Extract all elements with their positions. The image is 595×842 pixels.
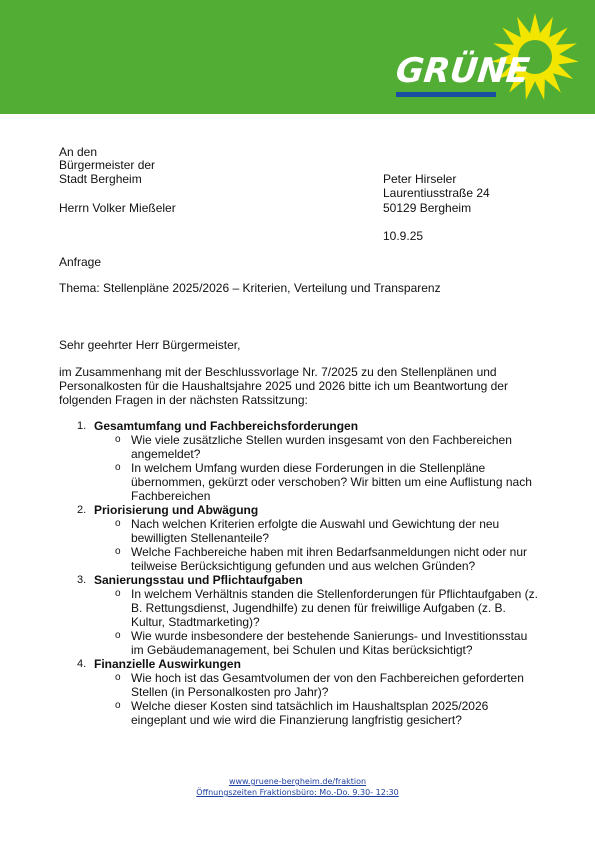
question-text: Wie hoch ist das Gesamtvolumen der von d… xyxy=(131,671,524,699)
question-text: In welchem Umfang wurden diese Forderung… xyxy=(131,461,532,503)
logo-wordmark: GRÜNE xyxy=(394,54,531,88)
letter-type: Anfrage xyxy=(59,255,101,269)
sender-city: 50129 Bergheim xyxy=(383,201,471,215)
bullet-circle-icon: o xyxy=(115,699,121,713)
section-heading: Priorisierung und Abwägung xyxy=(94,503,258,517)
bullet-circle-icon: o xyxy=(115,433,121,447)
question-section: 4.Finanzielle Auswirkungen xyxy=(59,657,539,671)
question-text: Welche dieser Kosten sind tatsächlich im… xyxy=(131,699,488,727)
question-text: Nach welchen Kriterien erfolgte die Ausw… xyxy=(131,517,499,545)
question-item: oWelche dieser Kosten sind tatsächlich i… xyxy=(59,699,539,727)
bullet-circle-icon: o xyxy=(115,545,121,559)
sender-street: Laurentiusstraße 24 xyxy=(383,186,490,200)
section-heading: Finanzielle Auswirkungen xyxy=(94,657,241,671)
question-item: oWie wurde insbesondere der bestehende S… xyxy=(59,629,539,657)
question-text: Wie viele zusätzliche Stellen wurden ins… xyxy=(131,433,512,461)
question-item: oWie viele zusätzliche Stellen wurden in… xyxy=(59,433,539,461)
question-section: 3.Sanierungsstau und Pflichtaufgaben xyxy=(59,573,539,587)
bullet-circle-icon: o xyxy=(115,517,121,531)
letterhead-banner: GRÜNE xyxy=(0,0,595,114)
question-item: oWie hoch ist das Gesamtvolumen der von … xyxy=(59,671,539,699)
footer-office-hours: Öffnungszeiten Fraktionsbüro: Mo.-Do. 9.… xyxy=(0,787,595,798)
letter-subject: Thema: Stellenpläne 2025/2026 – Kriterie… xyxy=(59,281,441,295)
question-text: Wie wurde insbesondere der bestehende Sa… xyxy=(131,629,527,657)
question-item: oNach welchen Kriterien erfolgte die Aus… xyxy=(59,517,539,545)
question-list: 1.Gesamtumfang und Fachbereichsforderung… xyxy=(59,419,539,727)
bullet-circle-icon: o xyxy=(115,671,121,685)
bullet-circle-icon: o xyxy=(115,629,121,643)
question-text: Welche Fachbereiche haben mit ihren Beda… xyxy=(131,545,527,573)
section-number: 1. xyxy=(77,419,86,433)
intro-paragraph: im Zusammenhang mit der Beschlussvorlage… xyxy=(59,365,539,407)
logo-underline xyxy=(396,92,496,97)
question-item: oIn welchem Umfang wurden diese Forderun… xyxy=(59,461,539,503)
question-text: In welchem Verhältnis standen die Stelle… xyxy=(131,587,538,629)
section-number: 4. xyxy=(77,657,86,671)
section-heading: Sanierungsstau und Pflichtaufgaben xyxy=(94,573,303,587)
question-item: oWelche Fachbereiche haben mit ihren Bed… xyxy=(59,545,539,573)
section-number: 3. xyxy=(77,573,86,587)
salutation: Sehr geehrter Herr Bürgermeister, xyxy=(59,338,240,352)
bullet-circle-icon: o xyxy=(115,587,121,601)
question-section: 2.Priorisierung und Abwägung xyxy=(59,503,539,517)
section-number: 2. xyxy=(77,503,86,517)
section-heading: Gesamtumfang und Fachbereichsforderungen xyxy=(94,419,358,433)
recipient-line-2: Bürgermeister der xyxy=(59,158,155,172)
question-item: oIn welchem Verhältnis standen die Stell… xyxy=(59,587,539,629)
recipient-line-3: Stadt Bergheim xyxy=(59,172,142,186)
sender-name: Peter Hirseler xyxy=(383,172,456,186)
footer-website-link[interactable]: www.gruene-bergheim.de/fraktion xyxy=(0,776,595,787)
recipient-line-1: An den xyxy=(59,145,97,159)
recipient-name: Herrn Volker Mießeler xyxy=(59,201,176,215)
bullet-circle-icon: o xyxy=(115,461,121,475)
letter-date: 10.9.25 xyxy=(383,229,423,243)
question-section: 1.Gesamtumfang und Fachbereichsforderung… xyxy=(59,419,539,433)
